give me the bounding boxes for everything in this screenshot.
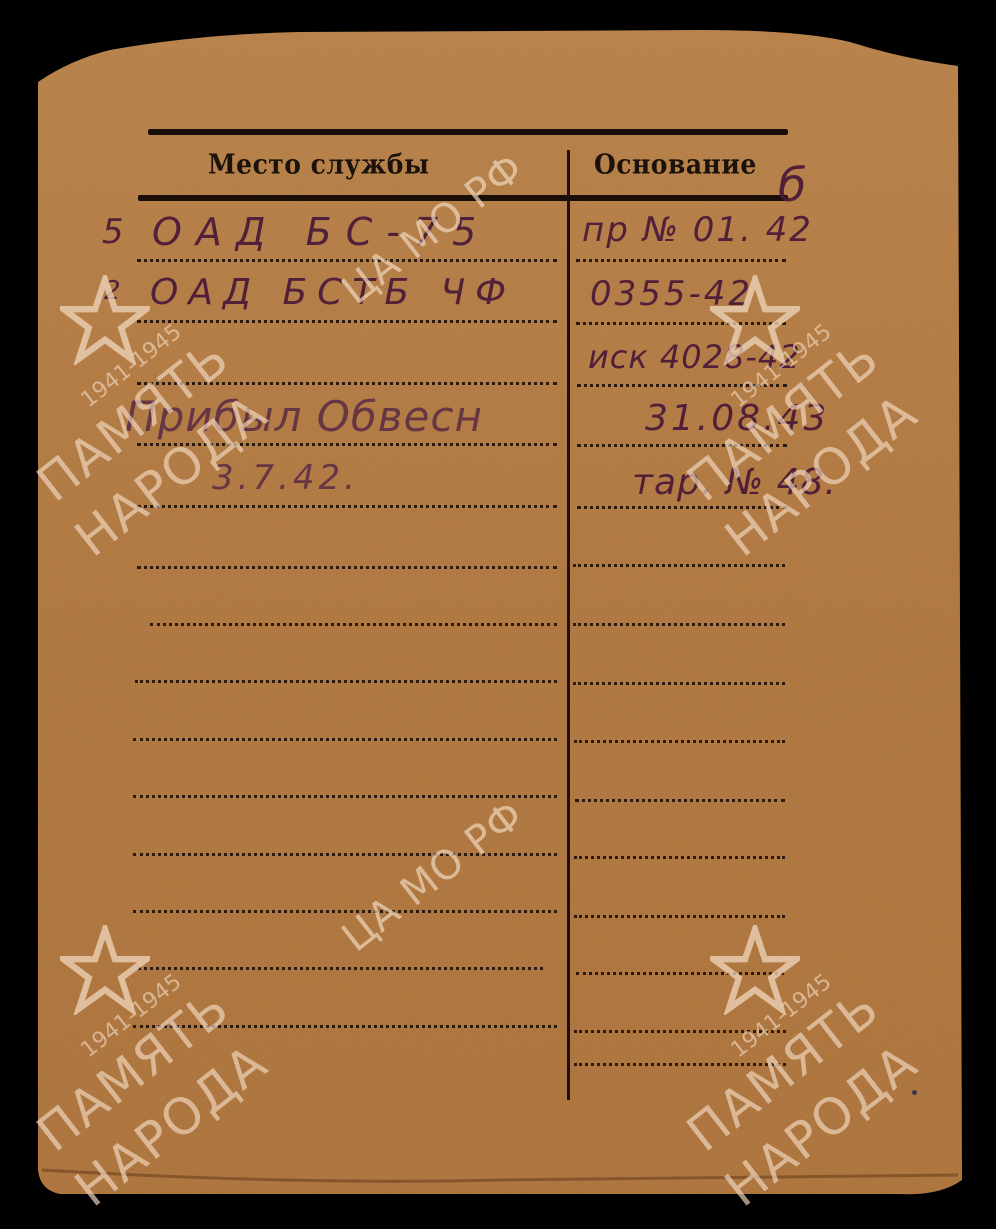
card-paper: [0, 0, 996, 1229]
ink-dot: [912, 1090, 917, 1095]
